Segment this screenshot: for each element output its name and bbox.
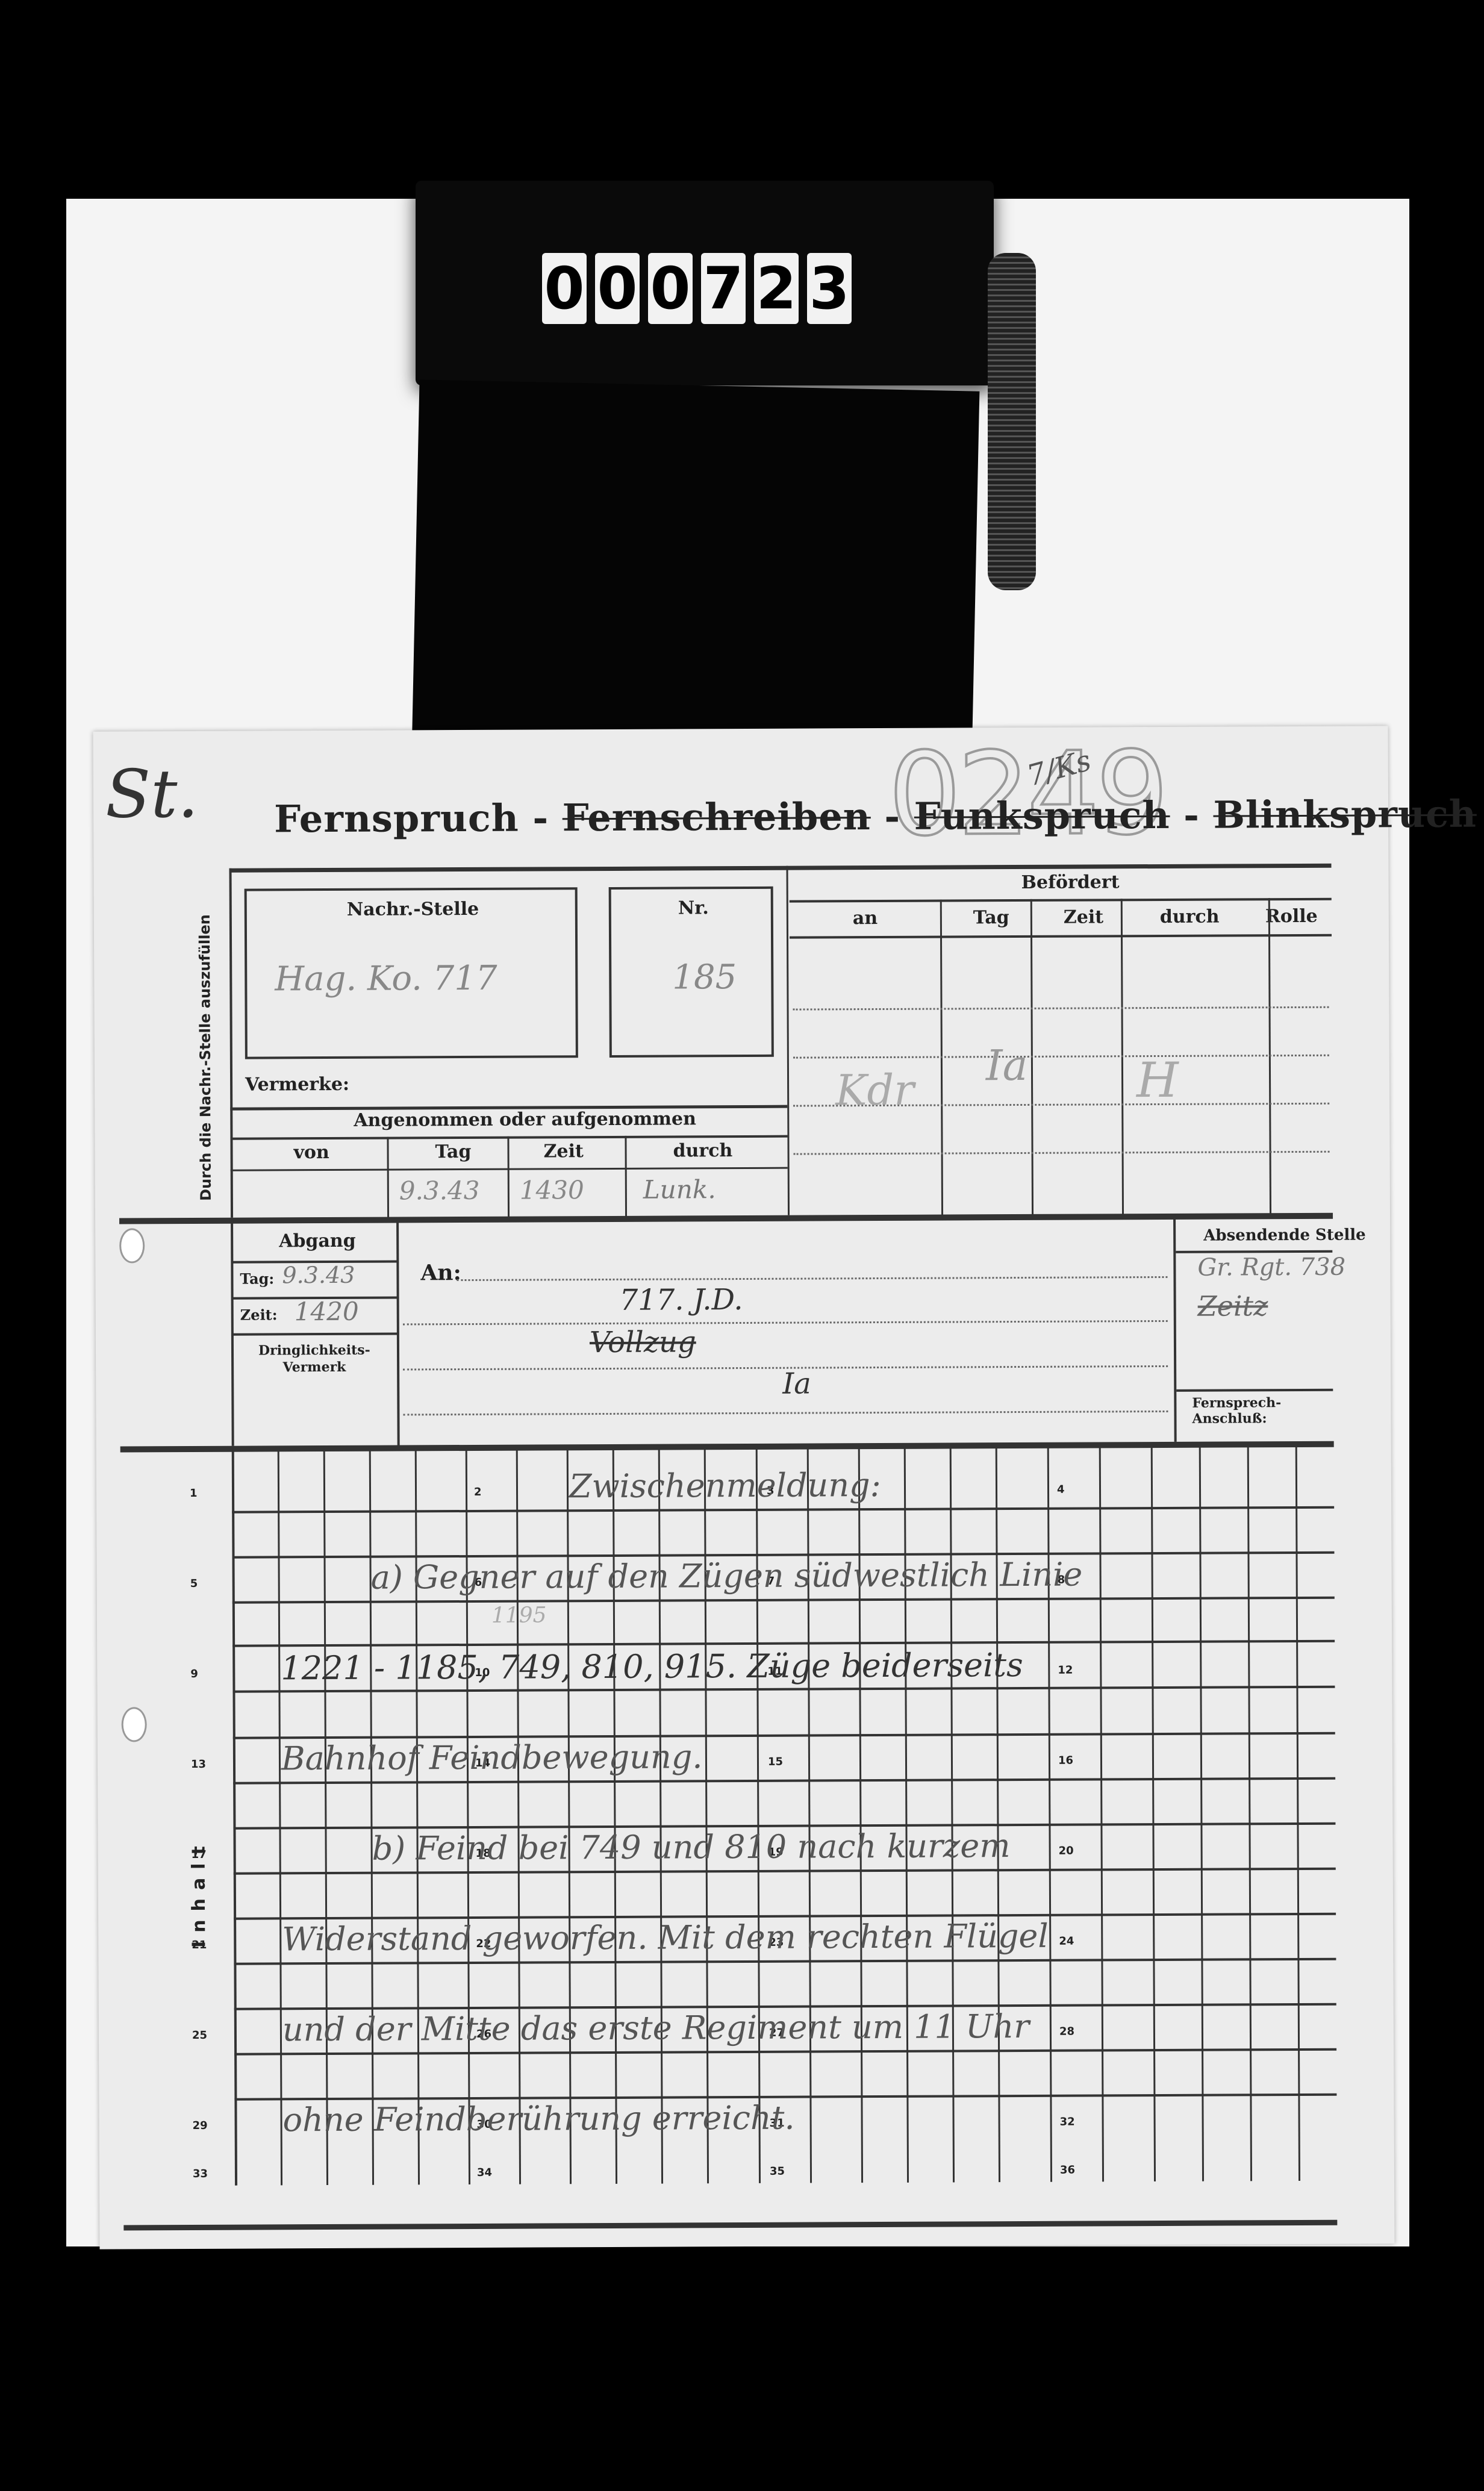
- absendende-stelle-line-1: Gr. Rgt. 738: [1197, 1253, 1345, 1282]
- counter-digit: 7: [701, 253, 746, 324]
- abgang-zeit-value: 1420: [295, 1297, 359, 1326]
- grid-line: [323, 1450, 328, 2185]
- absendende-stelle-line-2: Zeitz: [1198, 1289, 1268, 1323]
- message-line: ohne Feindberührung erreicht.: [282, 2099, 794, 2139]
- befoerdert-header-an: an: [853, 908, 878, 929]
- grid-line: [1099, 1447, 1104, 2181]
- title-fernschreiben: Fernschreiben: [563, 794, 871, 840]
- divider: [790, 898, 1332, 903]
- dotted-line: [793, 1055, 1329, 1059]
- befoerdert-tag-value: Ia: [986, 1041, 1028, 1090]
- angenommen-tag-value: 9.3.43: [399, 1176, 480, 1206]
- counter-digit: 0: [648, 253, 693, 324]
- group-number: 35: [770, 2165, 785, 2178]
- row-number: 17: [192, 1848, 207, 1861]
- grid-line: [232, 1640, 1335, 1647]
- side-instruction-label: Durch die Nachr.-Stelle auszufüllen: [196, 914, 214, 1201]
- befoerdert-header-tag: Tag: [973, 907, 1009, 928]
- grid-line: [233, 1732, 1335, 1739]
- dotted-line: [793, 1006, 1329, 1011]
- grid-line: [1247, 1446, 1252, 2181]
- counter-digit: 0: [542, 253, 587, 324]
- an-label: An:: [420, 1260, 461, 1285]
- dotted-line: [457, 1276, 1167, 1281]
- angenommen-header-zeit: Zeit: [543, 1141, 583, 1162]
- group-number: 4: [1057, 1483, 1065, 1496]
- frame-counter-knob: [988, 253, 1036, 590]
- abgang-zeit-label: Zeit:: [240, 1306, 278, 1323]
- message-line: und der Mitte das erste Regiment um 11 U…: [282, 2007, 1029, 2048]
- absendende-stelle-label: Absendende Stelle: [1203, 1226, 1366, 1244]
- title-separator: -: [1170, 793, 1213, 837]
- row-number: 9: [190, 1668, 198, 1680]
- divider: [123, 2220, 1337, 2231]
- divider: [625, 1136, 627, 1217]
- befoerdert-title: Befördert: [1021, 871, 1120, 893]
- befoerdert-header-rolle: Rolle: [1265, 906, 1318, 927]
- punch-hole: [119, 1228, 145, 1263]
- grid-line: [232, 1506, 1334, 1514]
- nr-value: 185: [672, 958, 737, 997]
- group-number: 28: [1059, 2025, 1074, 2038]
- grid-line: [1151, 1447, 1156, 2181]
- initial-mark: St.: [105, 755, 199, 833]
- group-number: 15: [768, 1756, 783, 1768]
- nachr-stelle-value: Hag. Ko. 717: [275, 959, 497, 999]
- margin-note: 1195: [491, 1603, 547, 1627]
- grid-line: [234, 2048, 1336, 2056]
- grid-line: [233, 1777, 1335, 1785]
- divider: [119, 1213, 1333, 1224]
- title-blinkspruch: Blinkspruch: [1213, 792, 1477, 837]
- counter-digit: 2: [754, 253, 799, 324]
- frame-counter-digits: 0 0 0 7 2 3: [542, 253, 852, 324]
- title-fernspruch: Fernspruch: [274, 796, 519, 841]
- message-form: 0249 7/Ks St. Fernspruch - Fernschreiben…: [93, 726, 1395, 2249]
- title-funkspruch: Funkspruch: [914, 793, 1170, 838]
- angenommen-header-durch: durch: [673, 1140, 732, 1161]
- vermerke-label: Vermerke:: [245, 1074, 349, 1096]
- grid-line: [234, 1958, 1336, 1965]
- group-number: 34: [477, 2166, 492, 2179]
- group-number: 12: [1058, 1664, 1073, 1677]
- befoerdert-header-zeit: Zeit: [1064, 906, 1103, 927]
- divider: [1173, 1216, 1177, 1442]
- message-line: a) Gegner auf den Zügen südwestlich Lini…: [371, 1556, 1083, 1597]
- dotted-line: [794, 1151, 1330, 1155]
- abgang-title: Abgang: [279, 1230, 356, 1252]
- dotted-line: [403, 1320, 1168, 1326]
- befoerdert-header-durch: durch: [1160, 906, 1220, 927]
- angenommen-title: Angenommen oder aufgenommen: [354, 1108, 696, 1130]
- row-number: 13: [191, 1758, 206, 1771]
- row-number: 29: [193, 2119, 208, 2132]
- dotted-line: [403, 1411, 1168, 1416]
- divider: [229, 868, 234, 1218]
- group-number: 24: [1059, 1935, 1074, 1948]
- abgang-tag-label: Tag:: [240, 1270, 274, 1287]
- message-line: Widerstand geworfen. Mit dem rechten Flü…: [282, 1917, 1049, 1959]
- an-line-2: Vollzug: [590, 1325, 696, 1359]
- row-number: 21: [192, 1939, 207, 1951]
- group-number: 16: [1058, 1754, 1073, 1767]
- frame-counter-body: [412, 379, 980, 764]
- grid-line: [1295, 1446, 1300, 2181]
- nr-label: Nr.: [678, 897, 709, 918]
- group-number: 32: [1060, 2116, 1075, 2128]
- message-line: b) Feind bei 749 und 810 nach kurzem: [372, 1827, 1010, 1868]
- an-line-1: 717. J.D.: [620, 1283, 743, 1317]
- grid-line: [232, 1686, 1335, 1693]
- grid-line: [232, 1451, 237, 2186]
- row-number: 5: [190, 1577, 198, 1590]
- grid-line: [278, 1450, 282, 2185]
- inhalt-grid: 1 5 9 13 17 21 25 29 33 2 3 4 6 7 8 10 1…: [232, 1446, 1337, 2186]
- an-line-3: Ia: [782, 1367, 811, 1401]
- grid-line: [1199, 1447, 1204, 2181]
- divider: [786, 866, 790, 1215]
- befoerdert-an-value: Kdr: [835, 1065, 914, 1115]
- divider: [233, 1332, 399, 1335]
- title-separator: -: [871, 794, 914, 838]
- row-number: 1: [190, 1487, 198, 1500]
- angenommen-durch-value: Lunk.: [643, 1174, 716, 1205]
- row-number: 33: [193, 2168, 208, 2180]
- grid-line: [232, 1597, 1335, 1604]
- group-number: 36: [1060, 2164, 1075, 2177]
- abgang-tag-value: 9.3.43: [282, 1262, 355, 1289]
- nachr-stelle-label: Nachr.-Stelle: [347, 899, 479, 920]
- row-number: 25: [192, 2029, 207, 2042]
- befoerdert-durch-value: H: [1136, 1052, 1179, 1108]
- divider: [790, 934, 1332, 939]
- form-title: Fernspruch - Fernschreiben - Funkspruch …: [274, 792, 1477, 841]
- punch-hole: [122, 1707, 147, 1742]
- divider: [1176, 1389, 1333, 1392]
- dringlichkeit-label: Dringlichkeits- Vermerk: [258, 1342, 370, 1376]
- message-line: 1221 - 1185, 749, 810, 915. Züge beiders…: [281, 1646, 1023, 1687]
- fernsprech-anschluss-label: Fernsprech- Anschluß:: [1192, 1395, 1281, 1427]
- angenommen-header-von: von: [293, 1142, 329, 1163]
- grid-line: [234, 1868, 1336, 1875]
- message-line: Zwischenmeldung:: [569, 1466, 881, 1505]
- divider: [507, 1136, 510, 1218]
- counter-digit: 3: [807, 253, 852, 324]
- counter-digit: 0: [595, 253, 640, 324]
- angenommen-header-tag: Tag: [435, 1141, 471, 1162]
- angenommen-zeit-value: 1430: [520, 1175, 584, 1205]
- message-line: Bahnhof Feindbewegung.: [281, 1738, 703, 1777]
- group-number: 20: [1059, 1845, 1074, 1857]
- title-separator: -: [519, 796, 563, 840]
- group-number: 2: [474, 1486, 482, 1498]
- divider: [229, 864, 1332, 873]
- divider: [387, 1137, 389, 1218]
